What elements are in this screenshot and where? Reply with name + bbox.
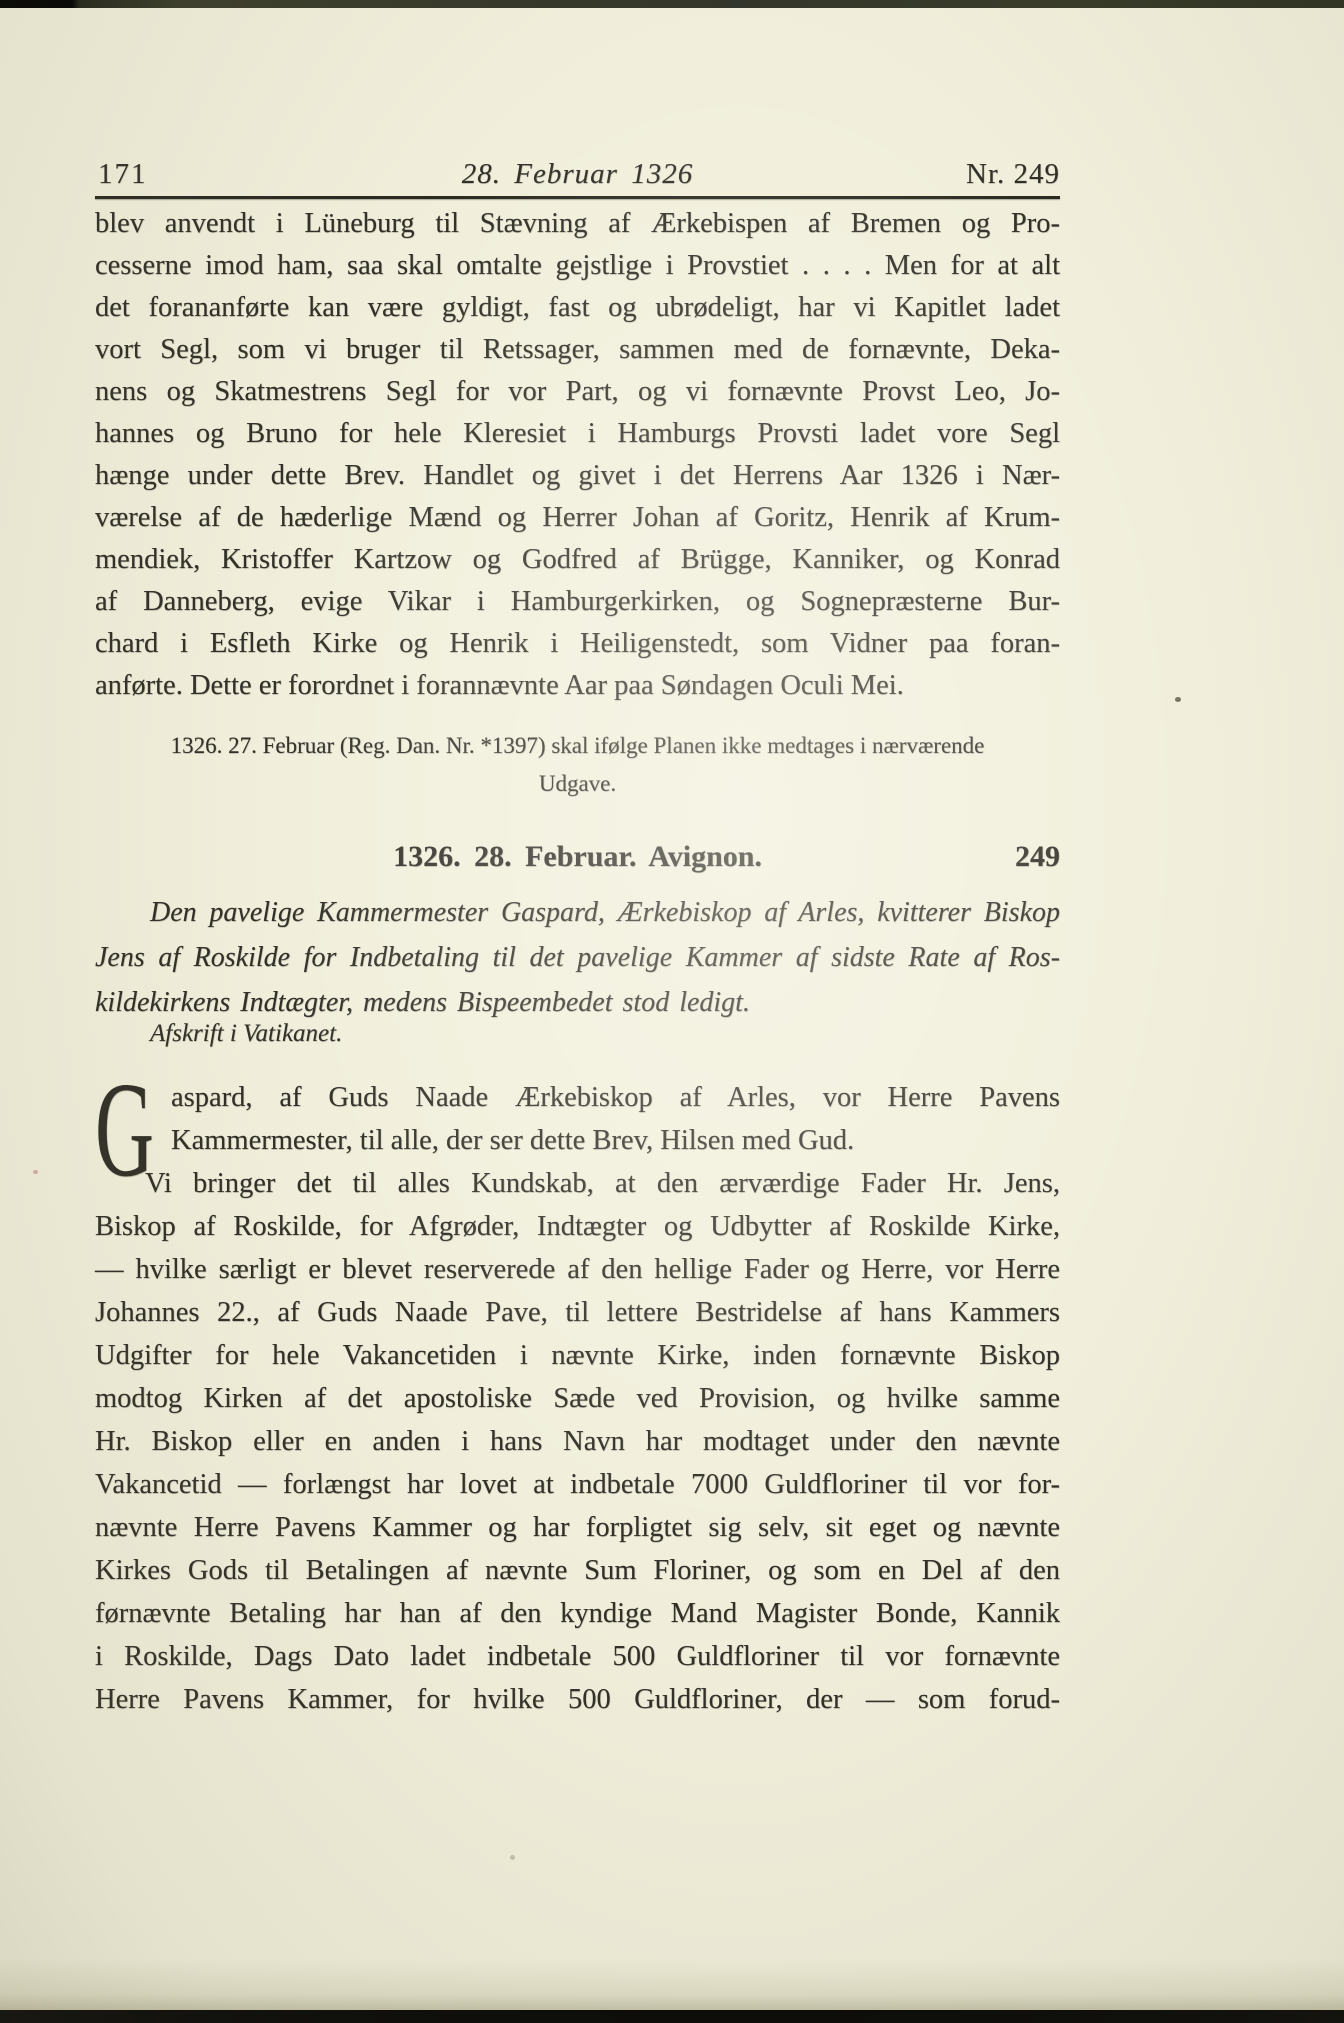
text-line: Biskop af Roskilde, for Afgrøder, Indtæg… bbox=[95, 1205, 1060, 1248]
header-rule bbox=[95, 196, 1060, 199]
entry-249-heading: 1326. 28. Februar. Avignon. 249 bbox=[95, 840, 1060, 880]
text-line: kildekirkens Indtægter, medens Bispeembe… bbox=[95, 980, 1060, 1025]
entry-heading-date-place: 1326. 28. Februar. Avignon. bbox=[95, 840, 1060, 874]
text-line: Vakancetid — forlængst har lovet at indb… bbox=[95, 1463, 1060, 1506]
text-line: nævnte Herre Pavens Kammer og har forpli… bbox=[95, 1506, 1060, 1549]
body-paragraph-2: Vi bringer det til alles Kundskab, at de… bbox=[95, 1162, 1060, 1721]
text-line: Kammermester, til alle, der ser dette Br… bbox=[95, 1119, 1060, 1162]
text-line: 1326. 27. Februar (Reg. Dan. Nr. *1397) … bbox=[95, 727, 1060, 765]
text-line: nens og Skatmestrens Segl for vor Part, … bbox=[95, 371, 1060, 413]
text-line: blev anvendt i Lüneburg til Stævning af … bbox=[95, 203, 1060, 245]
text-line: Udgifter for hele Vakancetiden i nævnte … bbox=[95, 1334, 1060, 1377]
entry-heading-number: 249 bbox=[1015, 840, 1060, 874]
page-header: 171 28. Februar 1326 Nr. 249 bbox=[95, 158, 1060, 198]
paper-speck bbox=[1175, 697, 1181, 702]
text-line: chard i Esfleth Kirke og Henrik i Heilig… bbox=[95, 623, 1060, 665]
body-paragraph-1: aspard, af Guds Naade Ærkebiskop af Arle… bbox=[95, 1076, 1060, 1162]
paper-speck bbox=[33, 1170, 38, 1174]
text-line: Kirkes Gods til Betalingen af nævnte Sum… bbox=[95, 1549, 1060, 1592]
text-line: mendiek, Kristoffer Kartzow og Godfred a… bbox=[95, 539, 1060, 581]
running-title: 28. Februar 1326 bbox=[95, 158, 1060, 191]
paper-speck bbox=[510, 1855, 515, 1860]
text-line: — hvilke særligt er blevet reserverede a… bbox=[95, 1248, 1060, 1291]
scan-bottom-band bbox=[0, 2010, 1344, 2023]
text-line: modtog Kirken af det apostoliske Sæde ve… bbox=[95, 1377, 1060, 1420]
text-line: Hr. Biskop eller en anden i hans Navn ha… bbox=[95, 1420, 1060, 1463]
entry-number-label: Nr. 249 bbox=[966, 158, 1060, 191]
text-line: anførte. Dette er forordnet i forannævnt… bbox=[95, 665, 1060, 707]
source-note: Afskrift i Vatikanet. bbox=[95, 1020, 1115, 1048]
text-line: af Danneberg, evige Vikar i Hamburgerkir… bbox=[95, 581, 1060, 623]
text-line: cesserne imod ham, saa skal omtalte gejs… bbox=[95, 245, 1060, 287]
drop-cap-letter: G bbox=[95, 1062, 154, 1198]
text-line: førnævnte Betaling har han af den kyndig… bbox=[95, 1592, 1060, 1635]
text-line: Johannes 22., af Guds Naade Pave, til le… bbox=[95, 1291, 1060, 1334]
text-line: aspard, af Guds Naade Ærkebiskop af Arle… bbox=[95, 1076, 1060, 1119]
entry-249-body: G aspard, af Guds Naade Ærkebiskop af Ar… bbox=[95, 1076, 1060, 1721]
page-bottom-shadow bbox=[0, 1958, 1344, 2010]
text-line: værelse af de hæderlige Mænd og Herrer J… bbox=[95, 497, 1060, 539]
text-line: Den pavelige Kammermester Gaspard, Ærkeb… bbox=[95, 890, 1060, 935]
editorial-note: 1326. 27. Februar (Reg. Dan. Nr. *1397) … bbox=[95, 727, 1060, 803]
text-line: det forananførte kan være gyldigt, fast … bbox=[95, 287, 1060, 329]
text-line: hannes og Bruno for hele Kleresiet i Ham… bbox=[95, 413, 1060, 455]
text-line: hænge under dette Brev. Handlet og givet… bbox=[95, 455, 1060, 497]
book-page: { "colors": { "paper": "#f1efdb", "ink":… bbox=[0, 0, 1344, 2023]
entry-248-continuation: blev anvendt i Lüneburg til Stævning af … bbox=[95, 203, 1060, 707]
scan-top-band bbox=[0, 0, 1344, 8]
text-line: Udgave. bbox=[95, 765, 1060, 803]
text-line: Herre Pavens Kammer, for hvilke 500 Guld… bbox=[95, 1678, 1060, 1721]
text-line: Jens af Roskilde for Indbetaling til det… bbox=[95, 935, 1060, 980]
text-line: Vi bringer det til alles Kundskab, at de… bbox=[95, 1162, 1060, 1205]
entry-249-summary: Den pavelige Kammermester Gaspard, Ærkeb… bbox=[95, 890, 1060, 1025]
drop-cap: G bbox=[95, 1076, 157, 1162]
text-line: vort Segl, som vi bruger til Retssager, … bbox=[95, 329, 1060, 371]
text-line: i Roskilde, Dags Dato ladet indbetale 50… bbox=[95, 1635, 1060, 1678]
